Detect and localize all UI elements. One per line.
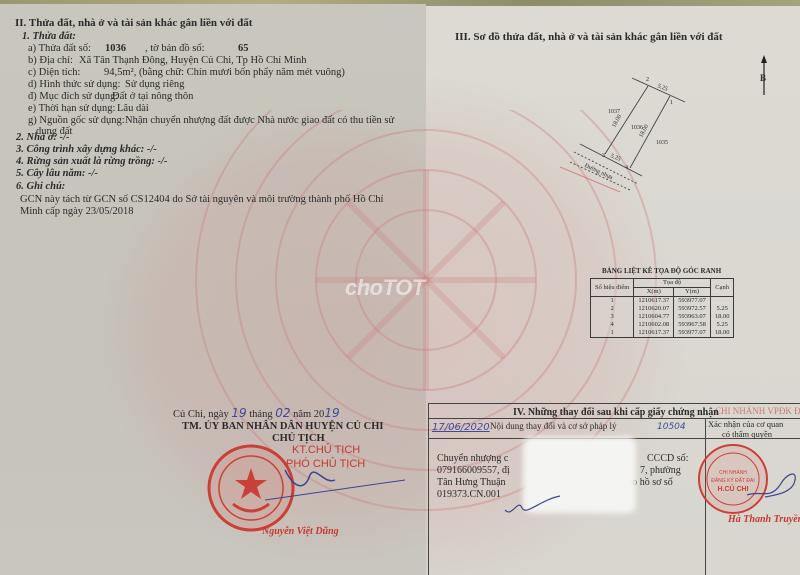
svg-text:CHI NHÁNH: CHI NHÁNH: [719, 469, 747, 476]
point-4: 4: [625, 162, 628, 175]
table-row: 11210617.37593977.0718.00: [591, 329, 734, 338]
point-3: 3: [602, 150, 605, 163]
north-label: B: [760, 72, 766, 85]
section-iv-title: IV. Những thay đổi sau khi cấp giấy chứn…: [513, 406, 719, 419]
month-label: tháng: [249, 409, 272, 420]
sign-day: 19: [231, 406, 246, 420]
table-row: 21210620.07593972.575.25: [591, 305, 734, 313]
deputy-stamp-line1: KT.CHỦ TỊCH: [292, 444, 360, 457]
signing-place-date: Củ Chi, ngày 19 tháng 02 năm 2019: [173, 407, 340, 421]
signature-initial: [500, 490, 570, 520]
col-edge: Cạnh: [710, 279, 734, 297]
item5-perennial-trees: 5. Cây lâu năm: -/-: [16, 167, 98, 180]
sign-month: 02: [275, 406, 290, 420]
coord-table: Số hiệu điểm Tọa độ Cạnh X(m) Y(m) 11210…: [590, 278, 734, 338]
chotot-watermark: choTOT: [345, 275, 425, 301]
col2-header-line2: có thẩm quyền: [722, 428, 772, 441]
section-ii-title: II. Thửa đất, nhà ở và tài sản khác gắn …: [15, 17, 252, 30]
point-2: 2: [646, 74, 649, 87]
neighbor-parcel-right: 1035: [656, 137, 668, 150]
stamp-header-red: CHI NHÁNH VPĐK ĐẤT: [715, 405, 800, 418]
neighbor-parcel-left: 1037: [608, 106, 620, 119]
entry-line4: 019373.CN.001: [437, 488, 501, 501]
note-line-2: Minh cấp ngày 23/05/2018: [20, 205, 133, 218]
change-code: 10504: [657, 421, 686, 434]
svg-text:H.CỦ CHI: H.CỦ CHI: [717, 484, 748, 493]
signer-name-left: Nguyễn Việt Dũng: [262, 525, 339, 538]
change-date: 17/06/2020: [432, 421, 490, 434]
col1-header: Nội dung thay đổi và cơ sở pháp lý: [490, 420, 617, 433]
table-row: 41210602.08593967.585.25: [591, 321, 734, 329]
usage-origin-value-1: Nhận chuyển nhượng đất được Nhà nước gia…: [125, 114, 394, 127]
signer-name-right: Hà Thanh Truyền: [728, 513, 800, 526]
point-1: 1: [670, 97, 673, 110]
col-point: Số hiệu điểm: [591, 279, 634, 297]
signature-right: [745, 465, 800, 505]
section-iii-title: III. Sơ đồ thửa đất, nhà ở và tài sản kh…: [455, 31, 723, 44]
table-row: 11210617.37593977.07: [591, 297, 734, 306]
col-y: Y(m): [674, 288, 711, 297]
signature-left: [255, 460, 415, 510]
item6-notes-title: 6. Ghi chú:: [16, 180, 65, 193]
date-prefix: Củ Chi, ngày: [173, 409, 229, 420]
parcel-id-label: 1036: [631, 122, 643, 135]
col-x: X(m): [634, 288, 674, 297]
sign-year: 19: [324, 406, 339, 420]
year-label: năm 20: [293, 409, 324, 420]
coord-table-title: BẢNG LIỆT KÊ TỌA ĐỘ GÓC RANH: [602, 267, 721, 275]
table-row: 31210604.77593963.0718.00: [591, 313, 734, 321]
col-coords: Tọa độ: [634, 279, 711, 288]
